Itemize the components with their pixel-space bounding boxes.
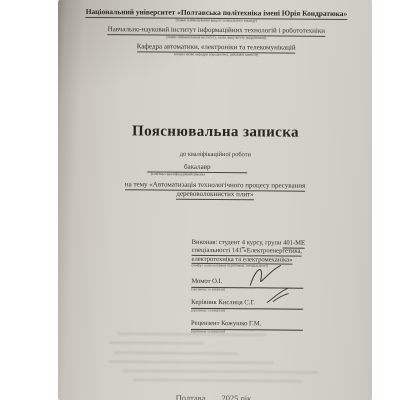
university-note: (повне найменування вищого навчального з… <box>119 18 314 24</box>
document-photo: Національний університет «Полтавська пол… <box>58 0 372 400</box>
executor-middle: курсу, групи <box>245 239 283 246</box>
document-header: Національний університет «Полтавська пол… <box>59 7 372 61</box>
reviewer-name: Рецензент Кожушко Г.М. <box>191 320 261 328</box>
institute-note: (повне найменування інституту, назва фак… <box>119 35 314 41</box>
showthrough-line <box>123 369 318 373</box>
department-note: (повна назва кафедри (предметної, циклов… <box>119 52 314 58</box>
executor-prefix: Виконав: студент <box>192 239 242 246</box>
student-name: Момот О.І. <box>191 278 222 285</box>
page-subtitle: до кваліфікаційної роботи <box>58 150 372 159</box>
student-signature <box>247 263 283 289</box>
supervisor-signature <box>265 287 289 304</box>
showthrough-line <box>109 360 274 364</box>
degree-note: (освітньо-кваліфікаційний рівень) <box>122 172 272 180</box>
showthrough-line <box>114 351 239 354</box>
supervisor-note: (прізвище та ініціали) <box>191 309 261 313</box>
group-number: 401-МЕ <box>283 240 305 249</box>
document-page: Національний університет «Полтавська пол… <box>58 0 372 400</box>
footer-city: Полтава <box>176 393 206 400</box>
page-title: Пояснювальна записка <box>58 123 372 142</box>
supervisor-name: Керівник Кислиця С.Г. <box>191 299 255 307</box>
showthrough-line <box>133 378 303 382</box>
scan-background: Національний університет «Полтавська пол… <box>0 0 400 400</box>
theme-line-2: деревоволокнистих плит» <box>176 190 253 200</box>
footer-line: Полтава 2025 рік <box>58 392 370 400</box>
showthrough-line <box>109 341 204 344</box>
footer-year: 2025 рік <box>221 393 251 400</box>
showthrough-line <box>117 332 267 336</box>
thesis-theme: на тему «Автоматизація технологічного пр… <box>58 180 372 201</box>
